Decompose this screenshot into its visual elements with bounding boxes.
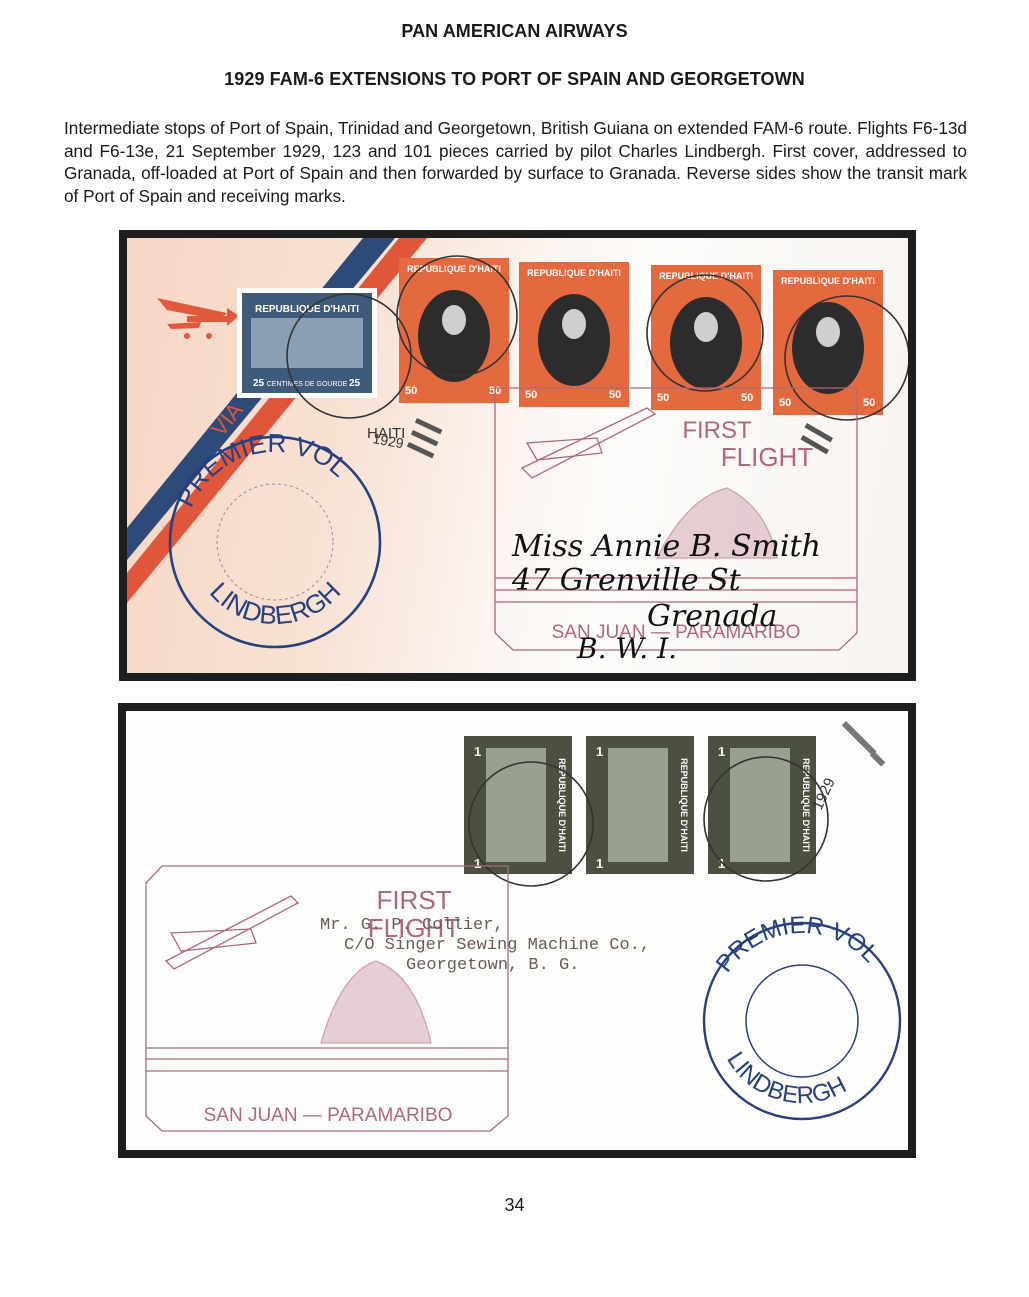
cachet-first: FIRST <box>376 885 451 915</box>
svg-text:50: 50 <box>609 389 621 401</box>
svg-text:1: 1 <box>718 744 725 759</box>
stamp-50c-orange-1: REPUBLIQUE D'HAITI 50 50 <box>399 258 509 403</box>
svg-text:REPUBLIQUE D'HAITI: REPUBLIQUE D'HAITI <box>407 264 501 274</box>
cachet-flight: FLIGHT <box>721 442 814 472</box>
envelope: VIA REPUBLIQUE D'HAITI 25 CENTIMES DE GO… <box>127 238 908 673</box>
svg-text:50: 50 <box>657 392 669 404</box>
svg-text:1: 1 <box>718 856 725 871</box>
cover-granada: VIA REPUBLIQUE D'HAITI 25 CENTIMES DE GO… <box>119 230 916 681</box>
svg-text:50: 50 <box>405 385 417 397</box>
svg-text:B. W. I.: B. W. I. <box>576 632 677 665</box>
svg-text:REPUBLIQUE D'HAITI: REPUBLIQUE D'HAITI <box>781 276 875 286</box>
svg-text:1: 1 <box>596 856 603 871</box>
page-subtitle: 1929 FAM-6 EXTENSIONS TO PORT OF SPAIN A… <box>0 69 1029 90</box>
svg-text:50: 50 <box>741 392 753 404</box>
cachet-first: FIRST <box>682 417 752 444</box>
svg-text:CENTIMES DE GOURDE: CENTIMES DE GOURDE <box>267 381 348 388</box>
svg-text:25: 25 <box>349 378 361 389</box>
stamp-50c-orange-4: REPUBLIQUE D'HAITI 50 50 <box>773 270 883 415</box>
stamp-1g-green-1: REPUBLIQUE D'HAITI 1 1 <box>464 736 572 874</box>
handwritten-address: Miss Annie B. Smith 47 Grenville St Gren… <box>511 529 821 665</box>
svg-text:50: 50 <box>779 397 791 409</box>
stamp-1g-green-2: REPUBLIQUE D'HAITI 1 1 <box>586 736 694 874</box>
svg-text:REPUBLIQUE D'HAITI: REPUBLIQUE D'HAITI <box>659 271 753 281</box>
description-paragraph: Intermediate stops of Port of Spain, Tri… <box>64 117 967 207</box>
page-number: 34 <box>0 1195 1029 1216</box>
cover-georgetown: REPUBLIQUE D'HAITI 1 1 REPUBLIQUE D'HAIT… <box>118 703 916 1158</box>
envelope: REPUBLIQUE D'HAITI 1 1 REPUBLIQUE D'HAIT… <box>126 711 908 1150</box>
page-title: PAN AMERICAN AIRWAYS <box>0 21 1029 42</box>
svg-text:Mr. G. P. Collier,: Mr. G. P. Collier, <box>320 916 504 935</box>
handstamp-bottom-text: LINDBERGH <box>204 576 346 631</box>
handstamp-top-text: PREMIER VOL <box>711 912 884 978</box>
svg-text:REPUBLIQUE D'HAITI: REPUBLIQUE D'HAITI <box>527 268 621 278</box>
svg-text:Grenada: Grenada <box>647 599 777 634</box>
svg-text:50: 50 <box>525 389 537 401</box>
cachet-route: SAN JUAN — PARAMARIBO <box>204 1105 453 1126</box>
handstamp-bottom-text: LINDBERGH <box>721 1047 850 1109</box>
svg-text:50: 50 <box>863 397 875 409</box>
envelope-artwork: REPUBLIQUE D'HAITI 1 1 REPUBLIQUE D'HAIT… <box>126 711 908 1150</box>
svg-text:1: 1 <box>596 744 603 759</box>
airplane-icon <box>157 298 239 339</box>
svg-text:25: 25 <box>253 378 265 389</box>
svg-text:REPUBLIQUE D'HAITI: REPUBLIQUE D'HAITI <box>679 758 689 852</box>
stamp-50c-orange-2: REPUBLIQUE D'HAITI 50 50 <box>519 262 629 407</box>
svg-text:47 Grenville St: 47 Grenville St <box>511 563 742 598</box>
svg-text:1: 1 <box>474 744 481 759</box>
svg-text:Miss Annie B. Smith: Miss Annie B. Smith <box>511 529 821 564</box>
svg-text:Georgetown, B. G.: Georgetown, B. G. <box>406 956 579 975</box>
stamp-25c-blue: REPUBLIQUE D'HAITI 25 CENTIMES DE GOURDE… <box>237 288 377 398</box>
cancel-bars <box>842 721 886 767</box>
svg-text:C/O Singer Sewing Machine Co.,: C/O Singer Sewing Machine Co., <box>344 936 650 955</box>
envelope-artwork: VIA REPUBLIQUE D'HAITI 25 CENTIMES DE GO… <box>127 238 908 673</box>
first-flight-cachet <box>146 866 508 1131</box>
